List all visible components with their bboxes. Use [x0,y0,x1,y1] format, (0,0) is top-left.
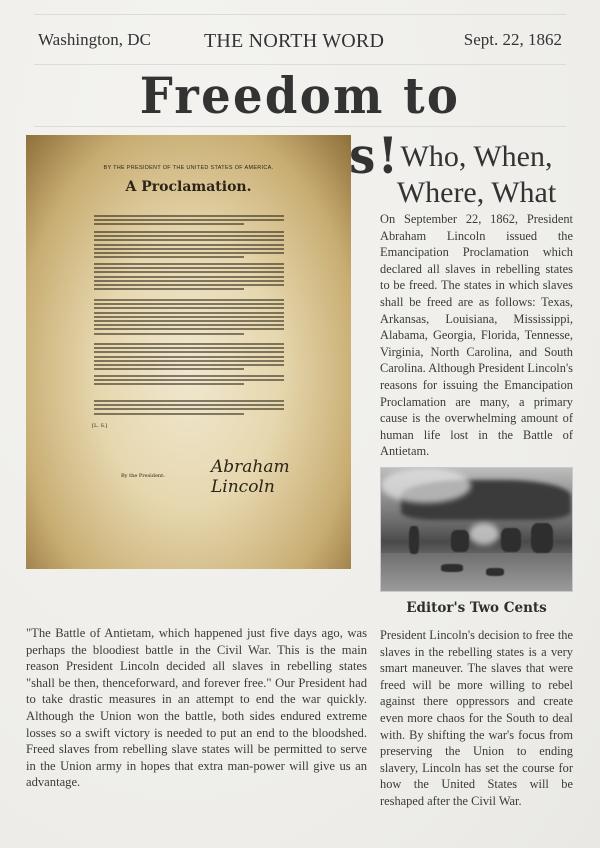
proclamation-text-line [94,400,284,402]
masthead-rule [34,64,566,65]
battle-image [380,467,573,592]
proclamation-text-line [94,248,284,250]
main-article-body: "The Battle of Antietam, which happened … [26,625,367,791]
proclamation-text-line [94,351,284,353]
battle-smoke [381,468,471,503]
battle-figure [409,526,419,554]
proclamation-text-line [94,219,284,221]
proclamation-text-line [94,307,284,309]
proclamation-text-line [94,239,284,241]
proclamation-text-line [94,408,284,410]
proclamation-by-president: By the President: [121,473,165,479]
proclamation-text-line [94,312,284,314]
proclamation-text-line [94,324,284,326]
proclamation-text-line [94,223,244,225]
proclamation-text-line [94,360,284,362]
proclamation-seal: [L. S.] [92,423,107,429]
battle-figure [486,568,504,576]
proclamation-text-line [94,231,284,233]
proclamation-text-line [94,375,284,377]
battle-ground [381,553,572,591]
proclamation-text-line [94,320,284,322]
proclamation-text-line [94,356,284,358]
proclamation-text-line [94,303,284,305]
proclamation-text-line [94,256,244,258]
battle-figure [531,523,553,553]
proclamation-text-line [94,267,284,269]
masthead-paper-name: THE NORTH WORD [204,30,384,53]
proclamation-subtitle: A Proclamation. [26,179,351,195]
proclamation-text-line [94,379,284,381]
proclamation-text-line [94,328,284,330]
proclamation-text-line [94,244,284,246]
proclamation-text-line [94,347,284,349]
battle-figure [441,564,463,572]
proclamation-text-line [94,252,284,254]
proclamation-text-line [94,288,244,290]
headline-rule [34,126,566,127]
sidebar-heading: Who, When, Where, What [380,139,573,211]
proclamation-text-line [94,284,284,286]
proclamation-title-line: BY THE PRESIDENT OF THE UNITED STATES OF… [26,165,351,171]
proclamation-text-line [94,276,284,278]
proclamation-text-line [94,263,284,265]
proclamation-text-line [94,364,284,366]
battle-figure [451,530,469,552]
proclamation-text-line [94,280,284,282]
battle-figure [501,528,521,552]
battle-smoke [469,523,499,545]
masthead-date: Sept. 22, 1862 [390,30,562,50]
proclamation-text-line [94,235,284,237]
proclamation-text-line [94,383,244,385]
proclamation-text-line [94,343,284,345]
proclamation-text-line [94,413,244,415]
proclamation-signature: Abraham Lincoln [211,457,351,497]
proclamation-text-line [94,368,244,370]
sidebar-body: On September 22, 1862, President Abraham… [380,211,573,460]
proclamation-text-line [94,271,284,273]
editor-body: President Lincoln's decision to free the… [380,627,573,810]
proclamation-text-line [94,316,284,318]
editor-heading: Editor's Two Cents [380,600,573,616]
proclamation-text-line [94,333,244,335]
top-rule [34,14,566,15]
masthead-location: Washington, DC [38,30,151,50]
proclamation-text-line [94,404,284,406]
proclamation-text-line [94,215,284,217]
proclamation-text-line [94,299,284,301]
proclamation-image: BY THE PRESIDENT OF THE UNITED STATES OF… [26,135,351,569]
